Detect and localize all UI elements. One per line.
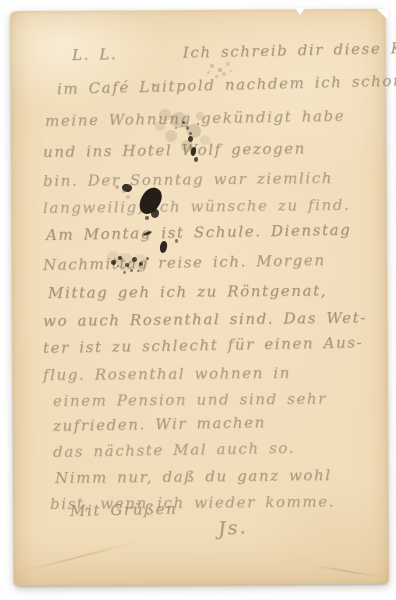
letter-scan: L. L. Ich schreib dir diese Karteim Café… <box>0 0 396 600</box>
paper-edge-nick <box>295 8 305 15</box>
paper-crease-bottom-right <box>311 564 380 578</box>
paper-crease-bottom-left <box>21 541 138 573</box>
letter-paper <box>10 9 389 586</box>
paper-corner-cut <box>377 9 388 20</box>
